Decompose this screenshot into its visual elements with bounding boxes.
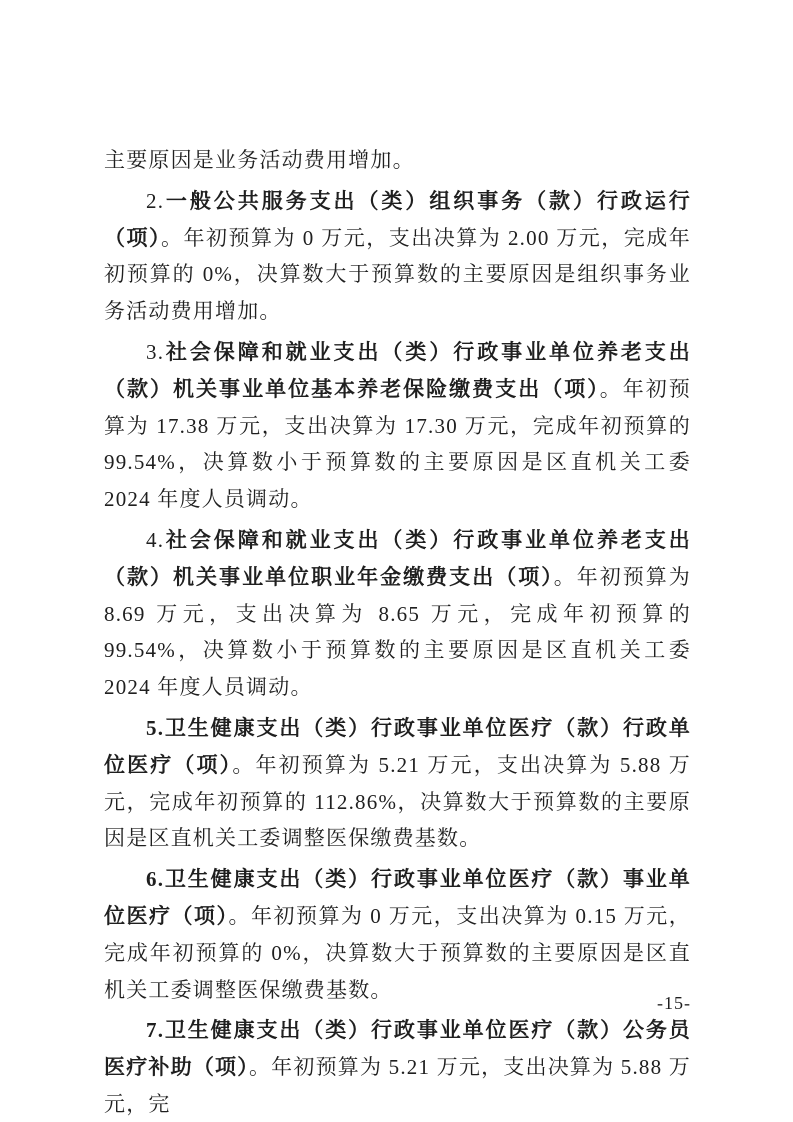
document-page: 主要原因是业务活动费用增加。2.一般公共服务支出（类）组织事务（款）行政运行（项… (0, 0, 793, 1122)
paragraph-text: 主要原因是业务活动费用增加。 (104, 148, 415, 172)
item-5: 5.卫生健康支出（类）行政事业单位医疗（款）行政单位医疗（项）。年初预算为 5.… (104, 710, 691, 857)
item-2: 2.一般公共服务支出（类）组织事务（款）行政运行（项）。年初预算为 0 万元，支… (104, 183, 691, 330)
paragraph-text: 3. (146, 340, 164, 364)
item-3: 3.社会保障和就业支出（类）行政事业单位养老支出（款）机关事业单位基本养老保险缴… (104, 334, 691, 518)
paragraph-text: 4. (146, 528, 164, 552)
item-4: 4.社会保障和就业支出（类）行政事业单位养老支出（款）机关事业单位职业年金缴费支… (104, 522, 691, 706)
paragraph-text: 。年初预算为 0 万元，支出决算为 2.00 万元，完成年初预算的 0%，决算数… (104, 226, 691, 324)
item-7: 7.卫生健康支出（类）行政事业单位医疗（款）公务员医疗补助（项）。年初预算为 5… (104, 1012, 691, 1122)
page-number: -15- (0, 993, 691, 1014)
document-body: 主要原因是业务活动费用增加。2.一般公共服务支出（类）组织事务（款）行政运行（项… (104, 142, 691, 1122)
para-continuation: 主要原因是业务活动费用增加。 (104, 142, 691, 179)
paragraph-text: 2. (146, 189, 164, 213)
item-6: 6.卫生健康支出（类）行政事业单位医疗（款）事业单位医疗（项）。年初预算为 0 … (104, 861, 691, 1008)
